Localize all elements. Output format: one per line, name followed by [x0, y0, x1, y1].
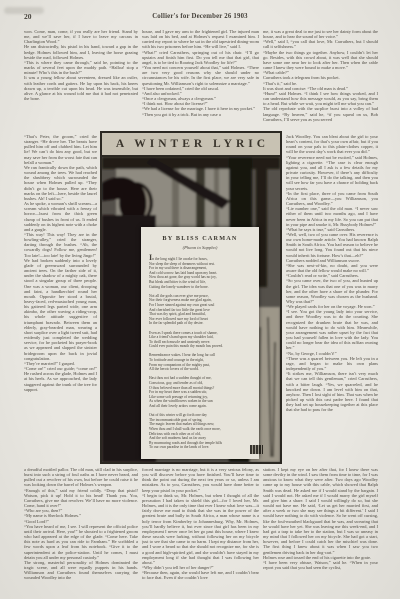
story-column-left-bottom: a dreadful mottled pallor. The old man, … [24, 467, 138, 591]
story-column-right-bottom: station. I kept my eye on her after that… [263, 467, 378, 591]
story-column-middle-bottom: forced marriage is no marriage, but it i… [142, 467, 259, 591]
story-column-left-side: “That’s Peter, the groom,” cried the str… [24, 134, 97, 462]
story-column-right-top: me, it was a great deal to me just to se… [263, 29, 378, 131]
poem-byline: BY BLISS CARMAN [141, 235, 259, 242]
poem-box: A WINTER LYRIC [100, 131, 282, 464]
story-column-left-top: won. Come, man, come, if you really are … [24, 29, 138, 131]
poem-subtitle: (Phaon to Sappho) [141, 245, 259, 250]
poem-text: In the long night I lie awake for hours,… [149, 255, 251, 450]
poem-title: A WINTER LYRIC [102, 133, 280, 157]
magazine-header: Collier's for December 26 1903 [0, 13, 400, 20]
magazine-page-scan: 20 Collier's for December 26 1903 won. C… [0, 0, 400, 599]
story-column-middle-top: house, and I gave my arm to the frighten… [142, 29, 259, 131]
story-column-right-side: Jack Woodley. You can bleat about the gi… [286, 134, 378, 462]
poem-panel: BY BLISS CARMAN (Phaon to Sappho) In the… [141, 227, 259, 459]
illustrator-signature [250, 445, 263, 454]
